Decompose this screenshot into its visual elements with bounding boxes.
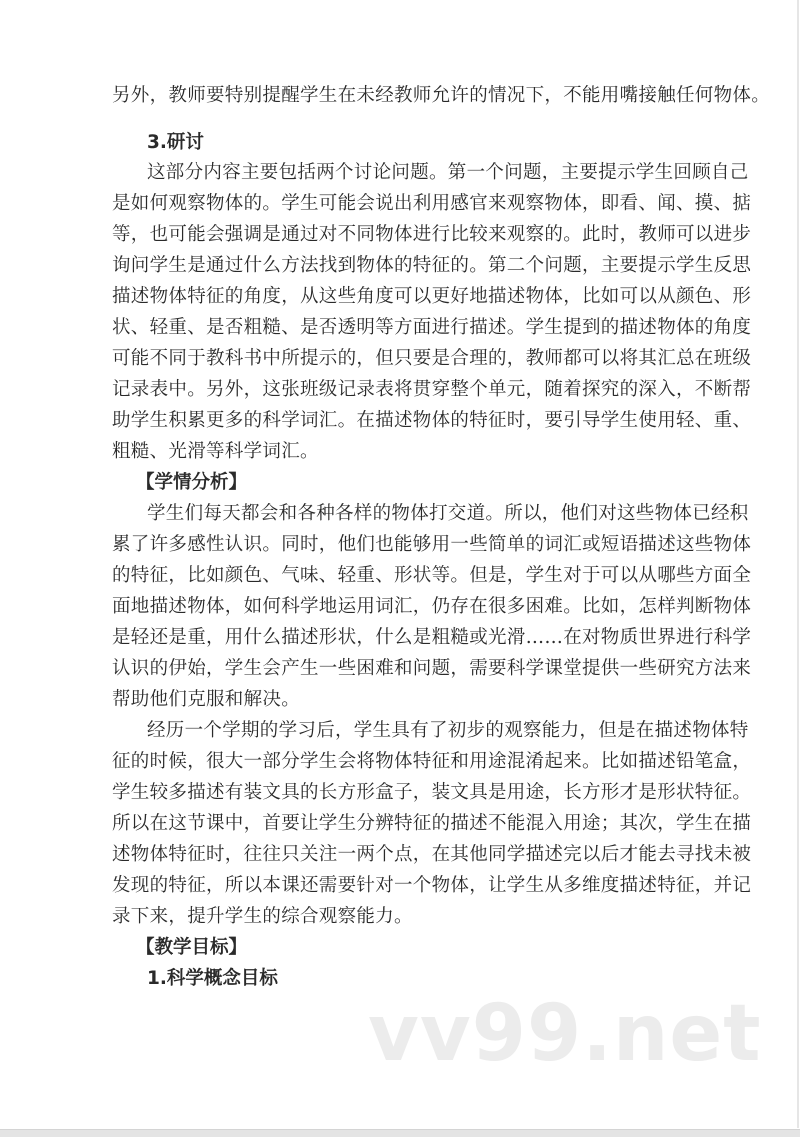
paragraph-line: 学生较多描述有装文具的长方形盒子，装文具是用途，长方形才是形状特征。 xyxy=(112,777,690,808)
document-page: 另外，教师要特别提醒学生在未经教师允许的情况下，不能用嘴接触任何物体。 3.研讨… xyxy=(0,0,799,1128)
paragraph-line: 经历一个学期的学习后，学生具有了初步的观察能力，但是在描述物体特 xyxy=(112,715,690,746)
paragraph-line: 状、轻重、是否粗糙、是否透明等方面进行描述。学生提到的描述物体的角度 xyxy=(112,312,690,343)
paragraph-line: 是如何观察物体的。学生可能会说出利用感官来观察物体，即看、闻、摸、掂 xyxy=(112,188,690,219)
paragraph-line: 发现的特征，所以本课还需要针对一个物体，让学生从多维度描述特征，并记 xyxy=(112,870,690,901)
section-heading-objectives: 【教学目标】 xyxy=(112,932,690,963)
intro-line: 另外，教师要特别提醒学生在未经教师允许的情况下，不能用嘴接触任何物体。 xyxy=(112,80,690,111)
discussion-paragraph: 这部分内容主要包括两个讨论问题。第一个问题，主要提示学生回顾自己 是如何观察物体… xyxy=(112,157,690,467)
spacer xyxy=(112,111,690,129)
paragraph-line: 描述物体特征的角度，从这些角度可以更好地描述物体，比如可以从颜色、形 xyxy=(112,281,690,312)
sub-heading-science-concept: 1.科学概念目标 xyxy=(112,963,690,994)
paragraph-line: 等，也可能会强调是通过对不同物体进行比较来观察的。此时，教师可以进步 xyxy=(112,219,690,250)
paragraph-line: 累了许多感性认识。同时，他们也能够用一些简单的词汇或短语描述这些物体 xyxy=(112,529,690,560)
paragraph-line: 这部分内容主要包括两个讨论问题。第一个问题，主要提示学生回顾自己 xyxy=(112,157,690,188)
paragraph-line: 是轻还是重，用什么描述形状，什么是粗糙或光滑……在对物质世界进行科学 xyxy=(112,622,690,653)
paragraph-line: 所以在这节课中，首要让学生分辨特征的描述不能混入用途；其次，学生在描 xyxy=(112,808,690,839)
learner-analysis-paragraph-2: 经历一个学期的学习后，学生具有了初步的观察能力，但是在描述物体特 征的时候，很大… xyxy=(112,715,690,932)
paragraph-line: 征的时候，很大一部分学生会将物体特征和用途混淆起来。比如描述铅笔盒， xyxy=(112,746,690,777)
paragraph-line: 记录表中。另外，这张班级记录表将贯穿整个单元，随着探究的深入，不断帮 xyxy=(112,374,690,405)
paragraph-line: 助学生积累更多的科学词汇。在描述物体的特征时，要引导学生使用轻、重、 xyxy=(112,405,690,436)
page-bottom-edge xyxy=(0,1129,800,1137)
paragraph-line: 录下来，提升学生的综合观察能力。 xyxy=(112,901,690,932)
paragraph-line: 认识的伊始，学生会产生一些困难和问题，需要科学课堂提供一些研究方法来 xyxy=(112,653,690,684)
paragraph-line: 可能不同于教科书中所提示的，但只要是合理的，教师都可以将其汇总在班级 xyxy=(112,343,690,374)
paragraph-line: 述物体特征时，往往只关注一两个点，在其他同学描述完以后才能去寻找未被 xyxy=(112,839,690,870)
paragraph-line: 学生们每天都会和各种各样的物体打交道。所以，他们对这些物体已经积 xyxy=(112,498,690,529)
section-heading-discussion: 3.研讨 xyxy=(112,129,690,157)
paragraph-line: 的特征，比如颜色、气味、轻重、形状等。但是，学生对于可以从哪些方面全 xyxy=(112,560,690,591)
paragraph-line: 询问学生是通过什么方法找到物体的特征的。第二个问题，主要提示学生反思 xyxy=(112,250,690,281)
paragraph-line: 面地描述物体，如何科学地运用词汇，仍存在很多困难。比如，怎样判断物体 xyxy=(112,591,690,622)
learner-analysis-paragraph-1: 学生们每天都会和各种各样的物体打交道。所以，他们对这些物体已经积 累了许多感性认… xyxy=(112,498,690,715)
document-content: 另外，教师要特别提醒学生在未经教师允许的情况下，不能用嘴接触任何物体。 3.研讨… xyxy=(112,80,690,994)
section-heading-learner-analysis: 【学情分析】 xyxy=(112,467,690,498)
paragraph-line: 粗糙、光滑等科学词汇。 xyxy=(112,436,690,467)
watermark: vv99.net xyxy=(368,995,762,1073)
paragraph-line: 帮助他们克服和解决。 xyxy=(112,684,690,715)
